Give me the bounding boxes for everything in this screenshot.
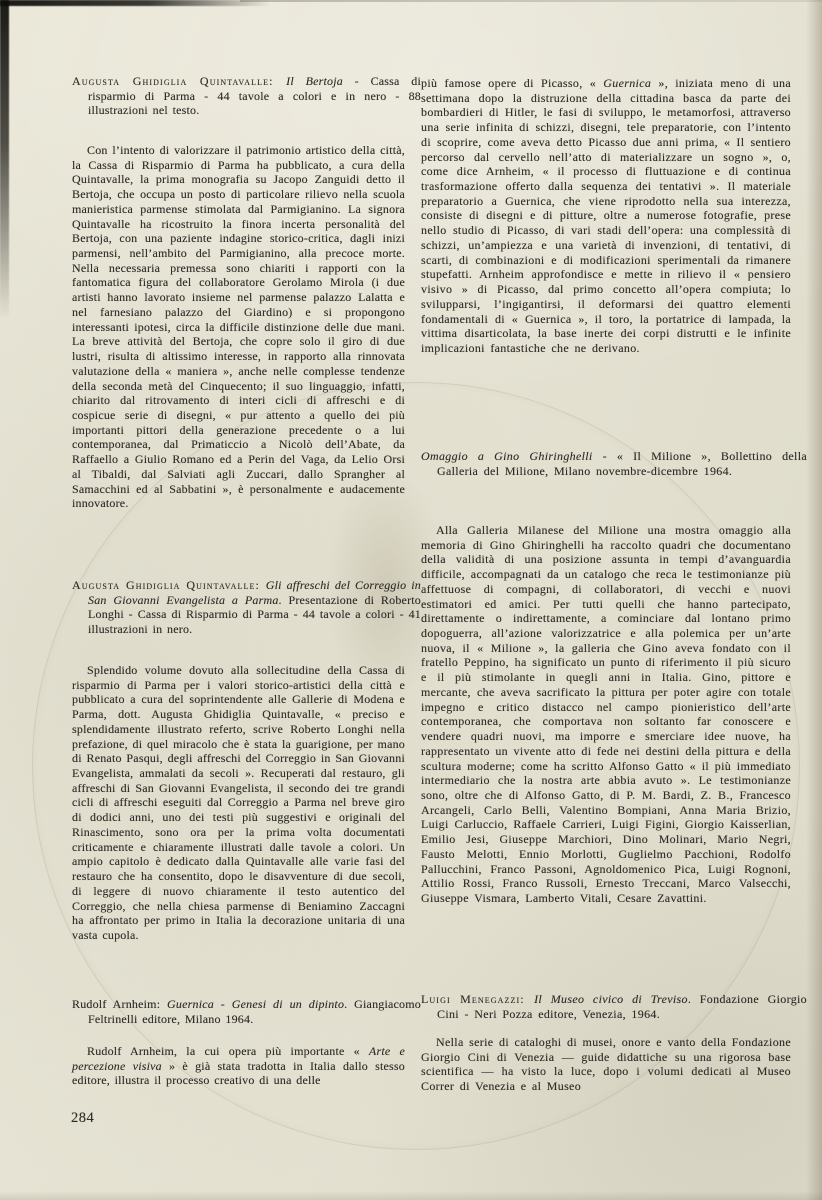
text-segment: Il Bertoja	[286, 74, 343, 88]
scan-edge-bottom-shade	[0, 1191, 822, 1200]
page-number: 284	[71, 1110, 94, 1127]
text-segment: Alla Galleria Milanese del Milione una m…	[421, 523, 791, 905]
scan-dark-edge-left	[0, 0, 9, 320]
scan-edge-top-shade	[240, 0, 822, 2]
review-paragraph-guernica-continuation: più famose opere di Picasso, « Guernica …	[421, 76, 791, 356]
review-paragraph-guernica-start: Rudolf Arnheim, la cui opera più importa…	[72, 1044, 405, 1088]
review-heading-guernica: Rudolf Arnheim: Guernica - Genesi di un …	[72, 997, 421, 1026]
text-segment: Rudolf Arnheim:	[72, 997, 167, 1011]
text-segment: Guernica	[603, 76, 651, 90]
scan-edge-right-shade	[806, 0, 822, 1200]
text-segment: Splendido volume dovuto alla sollecitudi…	[72, 663, 405, 942]
review-heading-museo-treviso: Luigi Menegazzi: Il Museo civico di Trev…	[421, 992, 807, 1021]
text-segment: Il Museo civico di Treviso	[534, 992, 688, 1006]
review-paragraph-il-bertoja: Con l’intento di valorizzare il patrimon…	[72, 143, 405, 511]
scan-dark-edge-top	[0, 0, 270, 6]
text-segment: Guernica - Genesi di un dipinto	[167, 997, 344, 1011]
text-segment: Con l’intento di valorizzare il patrimon…	[72, 143, 405, 510]
text-segment: Luigi Menegazzi:	[421, 992, 534, 1006]
text-segment: più famose opere di Picasso, «	[421, 76, 603, 90]
text-segment: Nella serie di cataloghi di musei, onore…	[421, 1035, 791, 1093]
review-paragraph-museo-treviso: Nella serie di cataloghi di musei, onore…	[421, 1035, 791, 1094]
review-paragraph-omaggio-ghiringhelli: Alla Galleria Milanese del Milione una m…	[421, 523, 791, 906]
review-heading-omaggio-ghiringhelli: Omaggio a Gino Ghiringhelli - « Il Milio…	[421, 449, 807, 478]
text-segment: Augusta Ghidiglia Quintavalle:	[72, 578, 266, 592]
text-segment: Omaggio a Gino Ghiringhelli	[421, 449, 593, 463]
text-segment: Augusta Ghidiglia Quintavalle:	[72, 74, 286, 88]
text-segment: », iniziata meno di una settimana dopo l…	[421, 76, 791, 355]
review-heading-affreschi-correggio: Augusta Ghidiglia Quintavalle: Gli affre…	[72, 578, 421, 637]
text-segment: Rudolf Arnheim, la cui opera più importa…	[87, 1044, 369, 1058]
review-paragraph-affreschi-correggio: Splendido volume dovuto alla sollecitudi…	[72, 663, 405, 943]
review-heading-il-bertoja: Augusta Ghidiglia Quintavalle: Il Bertoj…	[72, 74, 421, 118]
